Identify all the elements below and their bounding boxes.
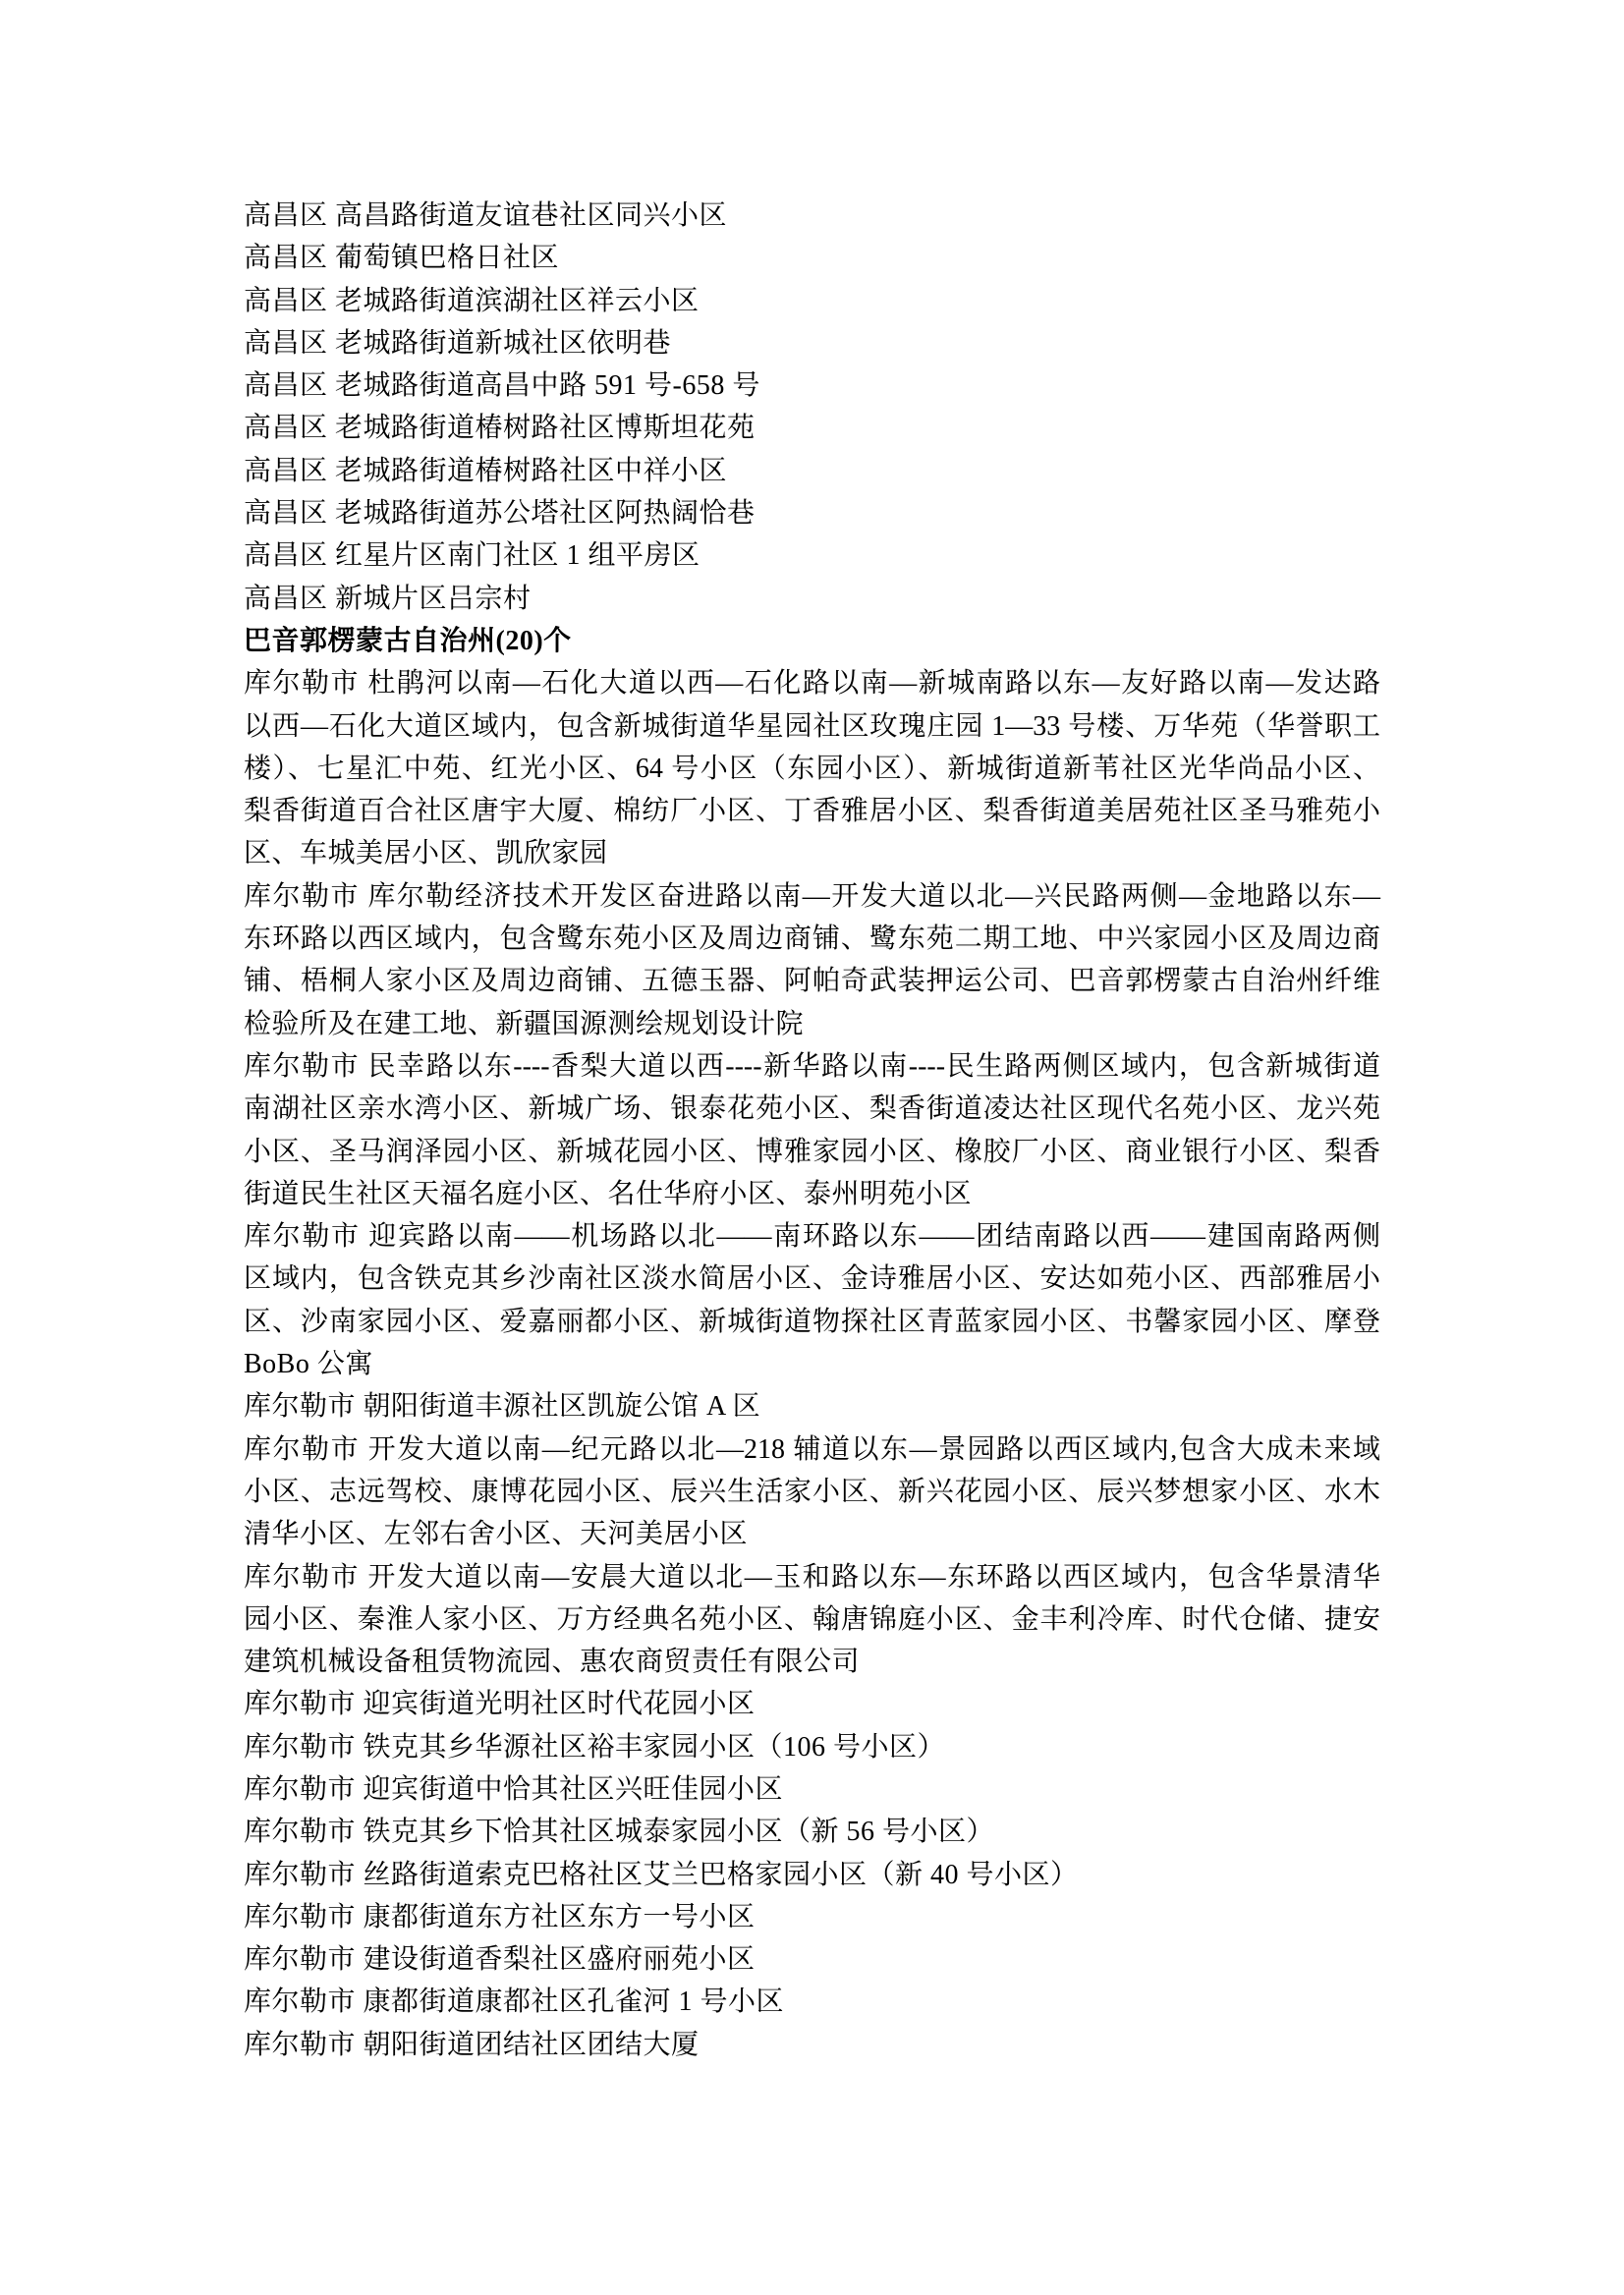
text-line: 南湖社区亲水湾小区、新城广场、银泰花苑小区、梨香街道凌达社区现代名苑小区、龙兴苑 bbox=[244, 1088, 1380, 1130]
text-line: 库尔勒市 迎宾街道光明社区时代花园小区 bbox=[244, 1683, 1380, 1725]
text-line: 库尔勒市 铁克其乡华源社区裕丰家园小区（106 号小区） bbox=[244, 1726, 1380, 1768]
text-line: 库尔勒市 丝路街道索克巴格社区艾兰巴格家园小区（新 40 号小区） bbox=[244, 1854, 1380, 1896]
text-line: 库尔勒市 康都街道康都社区孔雀河 1 号小区 bbox=[244, 1981, 1380, 2023]
text-line: 区、车城美居小区、凯欣家园 bbox=[244, 832, 1380, 874]
text-line: 高昌区 老城路街道滨湖社区祥云小区 bbox=[244, 280, 1380, 322]
text-line: 清华小区、左邻右舍小区、天河美居小区 bbox=[244, 1513, 1380, 1555]
text-line: 高昌区 老城路街道椿树路社区中祥小区 bbox=[244, 450, 1380, 492]
text-line: 铺、梧桐人家小区及周边商铺、五德玉器、阿帕奇武装押运公司、巴音郭楞蒙古自治州纤维 bbox=[244, 960, 1380, 1002]
text-line: 小区、志远驾校、康博花园小区、辰兴生活家小区、新兴花园小区、辰兴梦想家小区、水木 bbox=[244, 1471, 1380, 1513]
section-heading: 巴音郭楞蒙古自治州(20)个 bbox=[244, 620, 1380, 662]
text-line: 楼）、七星汇中苑、红光小区、64 号小区（东园小区）、新城街道新苇社区光华尚品小… bbox=[244, 748, 1380, 790]
text-line: 高昌区 老城路街道高昌中路 591 号-658 号 bbox=[244, 364, 1380, 407]
text-line: 以西—石化大道区域内，包含新城街道华星园社区玫瑰庄园 1—33 号楼、万华苑（华… bbox=[244, 705, 1380, 748]
document-page: 高昌区 高昌路街道友谊巷社区同兴小区高昌区 葡萄镇巴格日社区高昌区 老城路街道滨… bbox=[0, 0, 1624, 2295]
text-line: 检验所及在建工地、新疆国源测绘规划设计院 bbox=[244, 1003, 1380, 1045]
text-line: 库尔勒市 朝阳街道丰源社区凯旋公馆 A 区 bbox=[244, 1385, 1380, 1427]
text-line: 库尔勒市 开发大道以南—安晨大道以北—玉和路以东—东环路以西区域内，包含华景清华 bbox=[244, 1556, 1380, 1598]
text-line: 库尔勒市 库尔勒经济技术开发区奋进路以南—开发大道以北—兴民路两侧—金地路以东— bbox=[244, 875, 1380, 918]
text-line: 高昌区 老城路街道椿树路社区博斯坦花苑 bbox=[244, 407, 1380, 449]
text-line: 库尔勒市 建设街道香梨社区盛府丽苑小区 bbox=[244, 1938, 1380, 1981]
text-line: 库尔勒市 杜鹃河以南—石化大道以西—石化路以南—新城南路以东—友好路以南—发达路 bbox=[244, 662, 1380, 704]
text-line: 园小区、秦淮人家小区、万方经典名苑小区、翰唐锦庭小区、金丰利冷库、时代仓储、捷安 bbox=[244, 1598, 1380, 1641]
text-line: 库尔勒市 朝阳街道团结社区团结大厦 bbox=[244, 2024, 1380, 2066]
text-line: 库尔勒市 开发大道以南—纪元路以北—218 辅道以东—景园路以西区域内,包含大成… bbox=[244, 1428, 1380, 1471]
text-line: 库尔勒市 迎宾路以南——机场路以北——南环路以东——团结南路以西——建国南路两侧 bbox=[244, 1215, 1380, 1258]
text-line: BoBo 公寓 bbox=[244, 1343, 1380, 1385]
text-line: 高昌区 葡萄镇巴格日社区 bbox=[244, 237, 1380, 279]
text-line: 区域内，包含铁克其乡沙南社区淡水简居小区、金诗雅居小区、安达如苑小区、西部雅居小 bbox=[244, 1258, 1380, 1300]
text-line: 东环路以西区域内，包含鹭东苑小区及周边商铺、鹭东苑二期工地、中兴家园小区及周边商 bbox=[244, 918, 1380, 960]
text-line: 区、沙南家园小区、爱嘉丽都小区、新城街道物探社区青蓝家园小区、书馨家园小区、摩登 bbox=[244, 1301, 1380, 1343]
text-line: 库尔勒市 康都街道东方社区东方一号小区 bbox=[244, 1896, 1380, 1938]
text-line: 库尔勒市 民幸路以东----香梨大道以西----新华路以南----民生路两侧区域… bbox=[244, 1045, 1380, 1088]
text-line: 高昌区 新城片区吕宗村 bbox=[244, 578, 1380, 620]
text-line: 高昌区 老城路街道苏公塔社区阿热阔恰巷 bbox=[244, 492, 1380, 534]
text-line: 高昌区 老城路街道新城社区依明巷 bbox=[244, 322, 1380, 364]
text-line: 高昌区 红星片区南门社区 1 组平房区 bbox=[244, 534, 1380, 577]
text-block: 高昌区 高昌路街道友谊巷社区同兴小区高昌区 葡萄镇巴格日社区高昌区 老城路街道滨… bbox=[244, 195, 1380, 2066]
text-line: 库尔勒市 铁克其乡下恰其社区城泰家园小区（新 56 号小区） bbox=[244, 1811, 1380, 1853]
text-line: 街道民生社区天福名庭小区、名仕华府小区、泰州明苑小区 bbox=[244, 1173, 1380, 1215]
text-line: 建筑机械设备租赁物流园、惠农商贸责任有限公司 bbox=[244, 1641, 1380, 1683]
text-line: 高昌区 高昌路街道友谊巷社区同兴小区 bbox=[244, 195, 1380, 237]
text-line: 小区、圣马润泽园小区、新城花园小区、博雅家园小区、橡胶厂小区、商业银行小区、梨香 bbox=[244, 1131, 1380, 1173]
text-line: 库尔勒市 迎宾街道中恰其社区兴旺佳园小区 bbox=[244, 1768, 1380, 1811]
text-line: 梨香街道百合社区唐宇大厦、棉纺厂小区、丁香雅居小区、梨香街道美居苑社区圣马雅苑小 bbox=[244, 790, 1380, 832]
